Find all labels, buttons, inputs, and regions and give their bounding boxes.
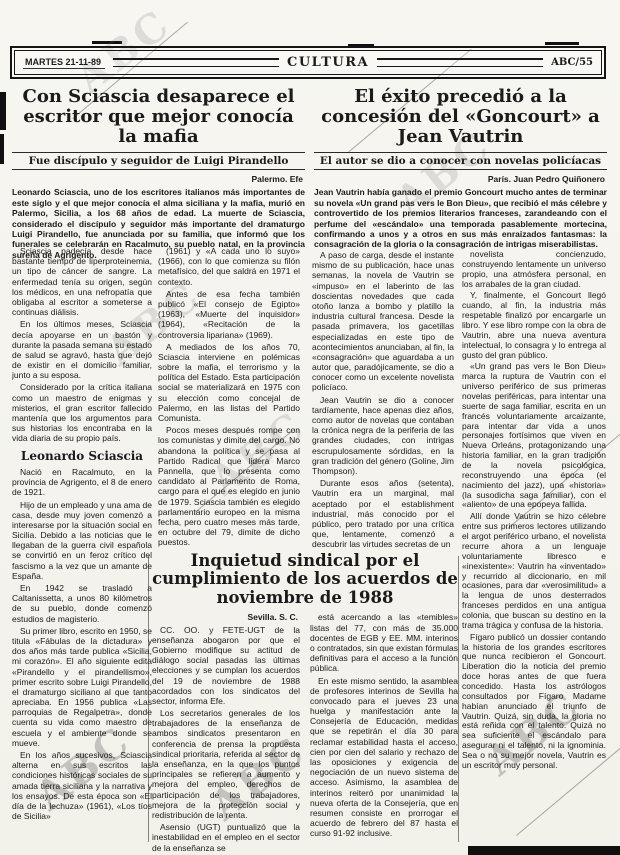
article-sindical-byline: Sevilla. S. C. — [152, 612, 298, 622]
paragraph: (1961) y «A cada uno lo suyo» (1966), co… — [158, 246, 300, 287]
article-sindical-title: Inquietud sindical por el cumplimiento d… — [152, 552, 458, 607]
sindical-column-2: está acercando a las «temibles» listas d… — [310, 612, 458, 855]
column-rule — [148, 556, 149, 842]
paragraph: Durante esos años (setenta), Vautrin era… — [312, 478, 454, 548]
paragraph: novelista concienzudo, construyendo lent… — [462, 250, 606, 289]
paragraph: Fígaro publicó un dossier contando la hi… — [462, 633, 606, 771]
paragraph: «Un grand pas vers le Bon Dieu» marca la… — [462, 362, 606, 510]
article-vautrin-byline: París. Juan Pedro Quiñonero — [314, 174, 605, 184]
sindical-column-1: Sevilla. S. C. CC. OO. y FETE-UGT de la … — [152, 612, 300, 855]
paragraph: Y, finalmente, el Goncourt llegó cuando,… — [462, 291, 606, 360]
header-rule — [113, 58, 279, 67]
article-sciascia-title: Con Sciascia desaparece el escritor que … — [12, 87, 305, 147]
paragraph: Los secretarios generales de los trabaja… — [152, 708, 300, 820]
paragraph: A mediados de los años 70, Sciascia inte… — [158, 342, 300, 424]
sindical-col1-text: CC. OO. y FETE-UGT de la enseñanza aboga… — [152, 625, 300, 853]
section-title: CULTURA — [287, 55, 369, 70]
article-vautrin-subtitle: El autor se dio a conocer con novelas po… — [314, 155, 607, 167]
paragraph: Antes de esa fecha también publicó «El c… — [158, 289, 300, 340]
paragraph: En los años sucesivos, Sciascia alterna … — [12, 750, 152, 821]
page-number: ABC/55 — [551, 57, 593, 68]
paragraph: Sciascia padecía desde hace bastante tie… — [12, 246, 152, 317]
scan-edge-mark — [0, 134, 4, 164]
scan-dash — [92, 41, 122, 44]
article-vautrin-lead: Jean Vautrin había ganado el premio Gonc… — [314, 187, 607, 249]
header-rule — [377, 58, 543, 67]
sciascia-col2-text: (1961) y «A cada uno lo suyo» (1966), co… — [158, 246, 300, 547]
article-sciascia-byline: Palermo. Efe — [12, 174, 303, 184]
paragraph: Allí donde Vautrin se hizo célebre entre… — [462, 512, 606, 630]
vautrin-column-1: A paso de carga, desde el instante mismo… — [312, 250, 454, 548]
article-sindical: Inquietud sindical por el cumplimiento d… — [152, 552, 458, 855]
paragraph: En 1942 se trasladó a Caltanissetta, a u… — [12, 583, 152, 624]
article-sciascia-subtitle: Fue discípulo y seguidor de Luigi Pirand… — [12, 155, 305, 167]
paragraph: En este mismo sentido, la asamblea de pr… — [310, 676, 458, 839]
paragraph: Nació en Racalmuto, en la provincia de A… — [12, 467, 152, 498]
subtitle-band: Fue discípulo y seguidor de Luigi Pirand… — [12, 152, 305, 170]
sciascia-col1-top: Sciascia padecía desde hace bastante tie… — [12, 246, 152, 444]
scan-edge-mark — [0, 92, 6, 130]
paragraph: En los últimos meses, Sciascia decía apo… — [12, 319, 152, 380]
page-header: MARTES 21-11-89 CULTURA ABC/55 — [10, 46, 606, 79]
paragraph: está acercando a las «temibles» listas d… — [310, 612, 458, 673]
vautrin-col2-text: novelista concienzudo, construyendo lent… — [462, 250, 606, 771]
article-vautrin-title: El éxito precedió a la concesión del «Go… — [314, 87, 607, 147]
paragraph: Hijo de un empleado y una ama de casa, d… — [12, 500, 152, 582]
vautrin-col1-text: A paso de carga, desde el instante mismo… — [312, 250, 454, 548]
paragraph: A paso de carga, desde el instante mismo… — [312, 250, 454, 393]
paragraph: Pocos meses después rompe con los comuni… — [158, 425, 300, 547]
subtitle-band: El autor se dio a conocer con novelas po… — [314, 152, 607, 170]
paragraph: Jean Vautrin se dio a conocer tardíament… — [312, 395, 454, 477]
sciascia-col1-bottom: Nació en Racalmuto, en la provincia de A… — [12, 467, 152, 821]
article-sciascia-header: Con Sciascia desaparece el escritor que … — [12, 87, 305, 260]
paragraph: Asensio (UGT) puntualizó que la inestabi… — [152, 822, 300, 853]
sindical-col2-text: está acercando a las «temibles» listas d… — [310, 612, 458, 838]
article-vautrin-header: El éxito precedió a la concesión del «Go… — [314, 87, 607, 250]
newspaper-page: ABC ABC ABC ABC ABC ABC ABC MARTES 21-11… — [0, 0, 620, 855]
column-rule — [458, 556, 459, 842]
sciascia-subhead: Leonardo Sciascia — [12, 449, 152, 463]
issue-date: MARTES 21-11-89 — [23, 57, 105, 69]
scan-bottom-bar — [468, 846, 620, 855]
scan-dash — [545, 42, 579, 45]
paragraph: CC. OO. y FETE-UGT de la enseñanza aboga… — [152, 625, 300, 707]
sciascia-column-1: Sciascia padecía desde hace bastante tie… — [12, 246, 152, 846]
vautrin-column-2: novelista concienzudo, construyendo lent… — [462, 250, 606, 812]
sciascia-column-2: (1961) y «A cada uno lo suyo» (1966), co… — [158, 246, 300, 548]
paragraph: Considerado por la crítica italiana como… — [12, 382, 152, 443]
paragraph: Su primer libro, escrito en 1950, se tit… — [12, 626, 152, 748]
